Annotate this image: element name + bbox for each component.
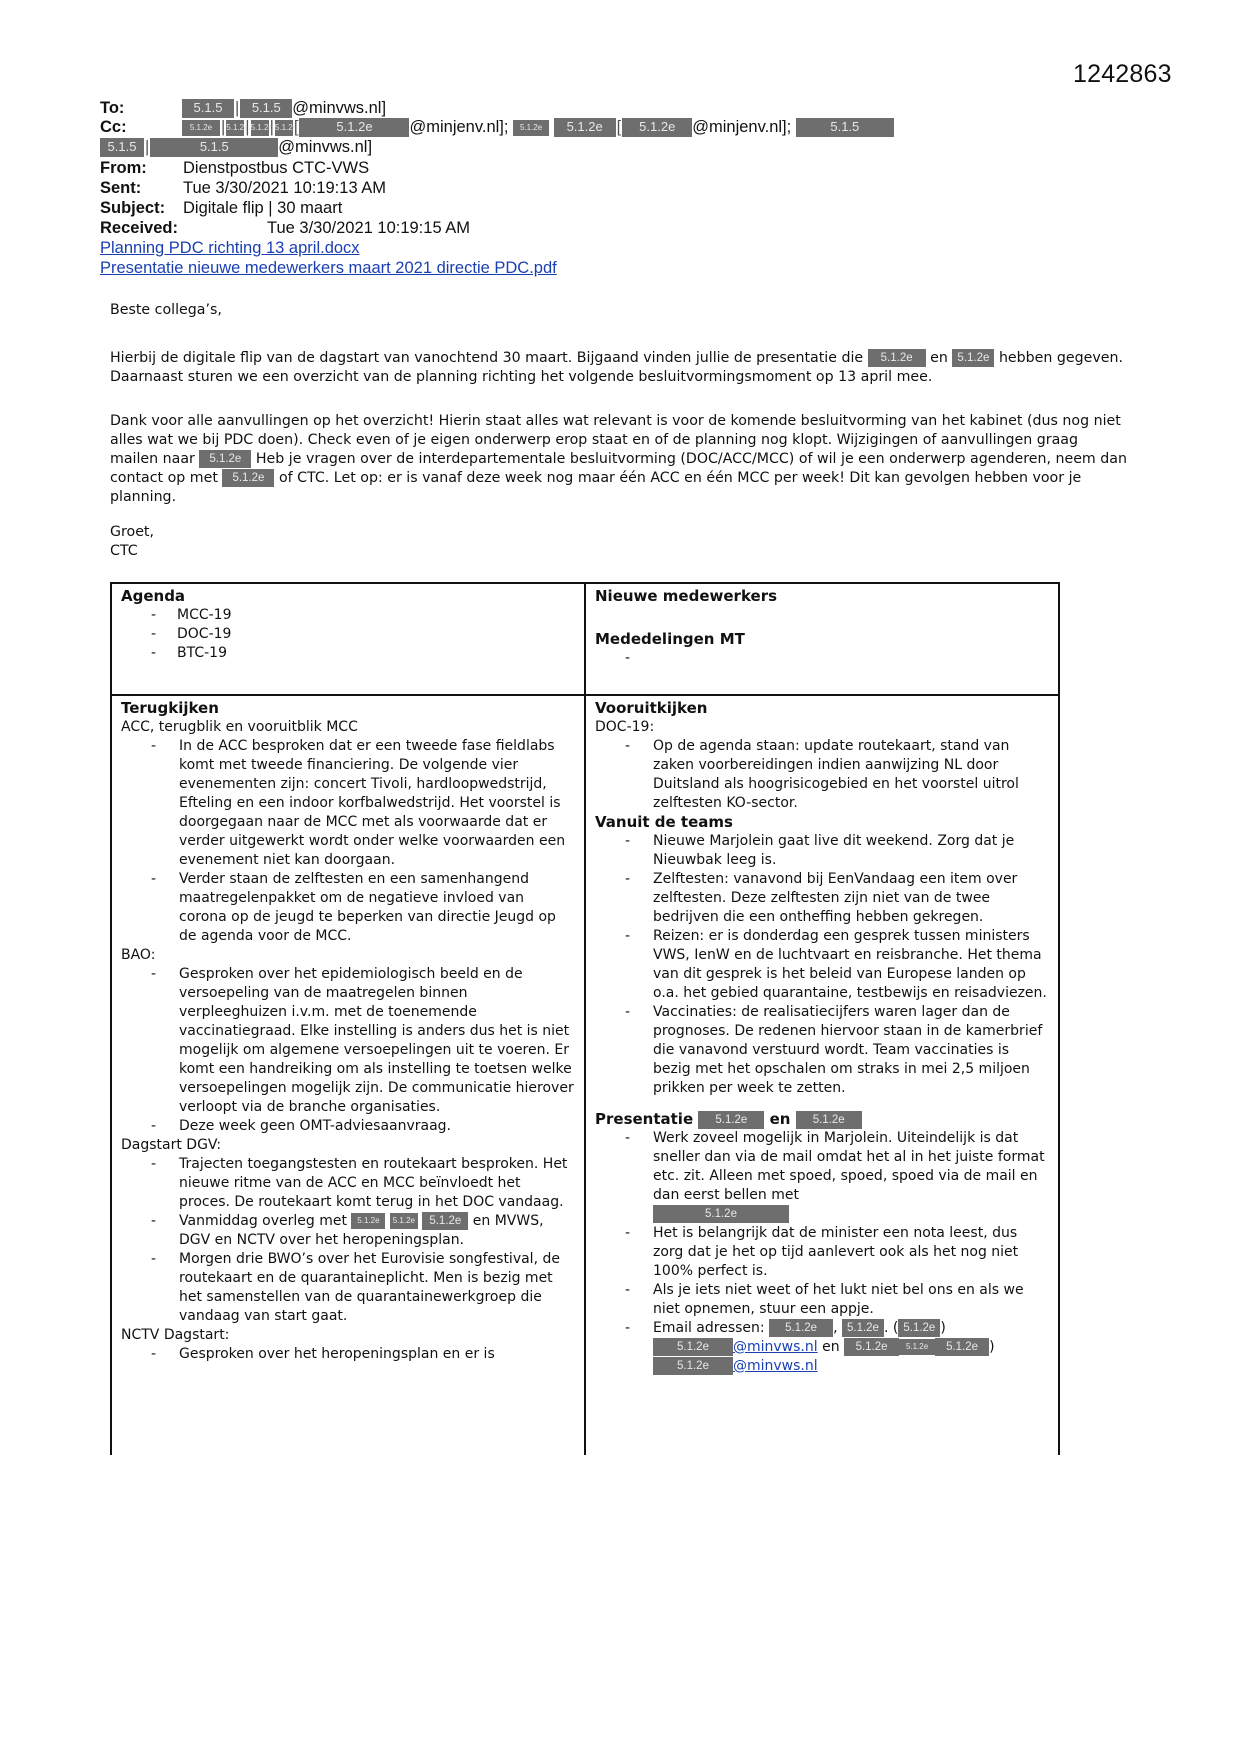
- redaction: 5.1.2e: [899, 1339, 935, 1355]
- cc-domain: @minvws.nl]: [278, 138, 372, 156]
- redaction: 5.1.2e: [351, 1213, 385, 1229]
- medewerkers-cell: Nieuwe medewerkers Mededelingen MT -: [585, 583, 1059, 695]
- list-item: Op de agenda staan: update routekaart, s…: [625, 737, 1049, 813]
- terugkijken-cell: Terugkijken ACC, terugblik en vooruitbli…: [111, 695, 585, 1455]
- acc-heading: ACC, terugblik en vooruitblik MCC: [121, 718, 575, 737]
- redaction: 5.1.2e: [422, 1212, 468, 1230]
- list-item: Deze week geen OMT-adviesaanvraag.: [151, 1117, 575, 1136]
- list-item: Zelftesten: vanavond bij EenVandaag een …: [625, 870, 1049, 927]
- terugkijken-title: Terugkijken: [121, 699, 575, 718]
- mededelingen-item: -: [595, 649, 1049, 668]
- list-item: In de ACC besproken dat er een tweede fa…: [151, 737, 575, 870]
- flip-table: Agenda MCC-19 DOC-19 BTC-19 Nieuwe medew…: [110, 582, 1060, 1455]
- subject-label: Subject:: [100, 198, 165, 218]
- subject-line: Subject: Digitale flip | 30 maart: [100, 198, 165, 218]
- cc-domain: @minjenv.nl];: [409, 118, 508, 136]
- list-item: Gesproken over het epidemiologisch beeld…: [151, 965, 575, 1117]
- redaction: 5.1.2e: [554, 118, 616, 137]
- signature: CTC: [110, 542, 1130, 561]
- list-item: Vanmiddag overleg met 5.1.2e 5.1.2e 5.1.…: [151, 1212, 575, 1250]
- agenda-cell: Agenda MCC-19 DOC-19 BTC-19: [111, 583, 585, 695]
- redaction: 5.1.5: [796, 118, 894, 137]
- list-item: Het is belangrijk dat de minister een no…: [625, 1224, 1049, 1281]
- redaction: 5.1.2e: [226, 120, 244, 136]
- list-item: DOC-19: [151, 625, 575, 644]
- teams-heading: Vanuit de teams: [595, 813, 1049, 832]
- cc-line-continued: 5.1.5|5.1.5@minvws.nl]: [100, 137, 372, 157]
- nctv-heading: NCTV Dagstart:: [121, 1326, 575, 1345]
- document-number: 1242863: [1073, 60, 1172, 89]
- sent-value: Tue 3/30/2021 10:19:13 AM: [183, 178, 386, 198]
- attachment-link-presentatie[interactable]: Presentatie nieuwe medewerkers maart 202…: [100, 259, 557, 277]
- presentatie-heading: Presentatie 5.1.2e en 5.1.2e: [595, 1110, 1049, 1129]
- redaction: 5.1.2e: [796, 1111, 862, 1129]
- from-label: From:: [100, 158, 147, 178]
- list-item: Reizen: er is donderdag een gesprek tuss…: [625, 927, 1049, 1003]
- attachment-link-planning[interactable]: Planning PDC richting 13 april.docx: [100, 239, 360, 257]
- list-item: Nieuwe Marjolein gaat live dit weekend. …: [625, 832, 1049, 870]
- from-value: Dienstpostbus CTC-VWS: [183, 158, 369, 178]
- paragraph-intro: Hierbij de digitale flip van de dagstart…: [110, 349, 1130, 387]
- email-link[interactable]: @minvws.nl: [733, 1339, 818, 1355]
- subject-value: Digitale flip | 30 maart: [183, 198, 342, 218]
- redaction: 5.1.5: [150, 138, 278, 157]
- nieuwe-medewerkers-title: Nieuwe medewerkers: [595, 587, 1049, 606]
- bao-heading: BAO:: [121, 946, 575, 965]
- redaction: 5.1.5: [182, 99, 234, 118]
- redaction: 5.1.2e: [698, 1111, 764, 1129]
- redaction: 5.1.2e: [222, 469, 274, 487]
- redaction: 5.1.2e: [182, 120, 220, 136]
- vooruitkijken-cell: Vooruitkijken DOC-19: Op de agenda staan…: [585, 695, 1059, 1455]
- list-item: Trajecten toegangstesten en routekaart b…: [151, 1155, 575, 1212]
- redaction: 5.1.2e: [275, 120, 293, 136]
- redaction: 5.1.2e: [653, 1357, 733, 1375]
- list-item: Werk zoveel mogelijk in Marjolein. Uitei…: [625, 1129, 1049, 1224]
- email-link[interactable]: @minvws.nl: [733, 1358, 818, 1374]
- received-value: Tue 3/30/2021 10:19:15 AM: [267, 218, 470, 238]
- redaction: 5.1.2e: [842, 1319, 884, 1337]
- redaction: 5.1.2e: [622, 118, 692, 137]
- list-item-email: Email adressen: 5.1.2e, 5.1.2e. (5.1.2e)…: [625, 1319, 1049, 1376]
- sent-label: Sent:: [100, 178, 141, 198]
- from-line: From: Dienstpostbus CTC-VWS: [100, 158, 147, 178]
- cc-label: Cc:: [100, 117, 127, 137]
- closing: Groet,: [110, 523, 1130, 542]
- redaction: 5.1.2e: [653, 1338, 733, 1356]
- redaction: 5.1.5: [240, 99, 292, 118]
- agenda-list: MCC-19 DOC-19 BTC-19: [121, 606, 575, 663]
- received-label: Received:: [100, 218, 178, 238]
- redaction: 5.1.2e: [513, 120, 549, 136]
- redaction: 5.1.2e: [952, 349, 994, 367]
- redaction: 5.1.2e: [653, 1205, 789, 1223]
- agenda-title: Agenda: [121, 587, 575, 606]
- dgv-heading: Dagstart DGV:: [121, 1136, 575, 1155]
- redaction: 5.1.2e: [199, 450, 251, 468]
- redaction: 5.1.2e: [769, 1319, 833, 1337]
- redaction: 5.1.5: [100, 138, 144, 157]
- list-item: Morgen drie BWO’s over het Eurovisie son…: [151, 1250, 575, 1326]
- redaction: 5.1.2e: [898, 1319, 940, 1337]
- to-domain: @minvws.nl]: [292, 99, 386, 117]
- redaction: 5.1.2e: [251, 120, 269, 136]
- mededelingen-title: Mededelingen MT: [595, 630, 1049, 649]
- list-item: BTC-19: [151, 644, 575, 663]
- cc-line: Cc: 5.1.2e|5.1.2e|5.1.2e|5.1.2e[5.1.2e@m…: [100, 117, 127, 137]
- redaction: 5.1.2e: [844, 1338, 899, 1356]
- list-item: MCC-19: [151, 606, 575, 625]
- redaction: 5.1.2e: [299, 118, 409, 137]
- redaction: 5.1.2e: [390, 1213, 418, 1229]
- cc-domain: @minjenv.nl];: [692, 118, 791, 136]
- sent-line: Sent: Tue 3/30/2021 10:19:13 AM: [100, 178, 141, 198]
- paragraph-thanks: Dank voor alle aanvullingen op het overz…: [110, 412, 1130, 507]
- to-line: To: 5.1.5|5.1.5@minvws.nl]: [100, 98, 124, 118]
- list-item: Gesproken over het heropeningsplan en er…: [151, 1345, 575, 1364]
- greeting: Beste collega’s,: [110, 301, 1130, 320]
- redaction: 5.1.2e: [868, 349, 926, 367]
- received-line: Received: Tue 3/30/2021 10:19:15 AM: [100, 218, 178, 238]
- to-label: To:: [100, 98, 124, 118]
- list-item: Vaccinaties: de realisatiecijfers waren …: [625, 1003, 1049, 1098]
- vooruitkijken-title: Vooruitkijken: [595, 699, 1049, 718]
- list-item: Als je iets niet weet of het lukt niet b…: [625, 1281, 1049, 1319]
- list-item: Verder staan de zelftesten en een samenh…: [151, 870, 575, 946]
- doc-heading: DOC-19:: [595, 718, 1049, 737]
- redaction: 5.1.2e: [935, 1338, 989, 1356]
